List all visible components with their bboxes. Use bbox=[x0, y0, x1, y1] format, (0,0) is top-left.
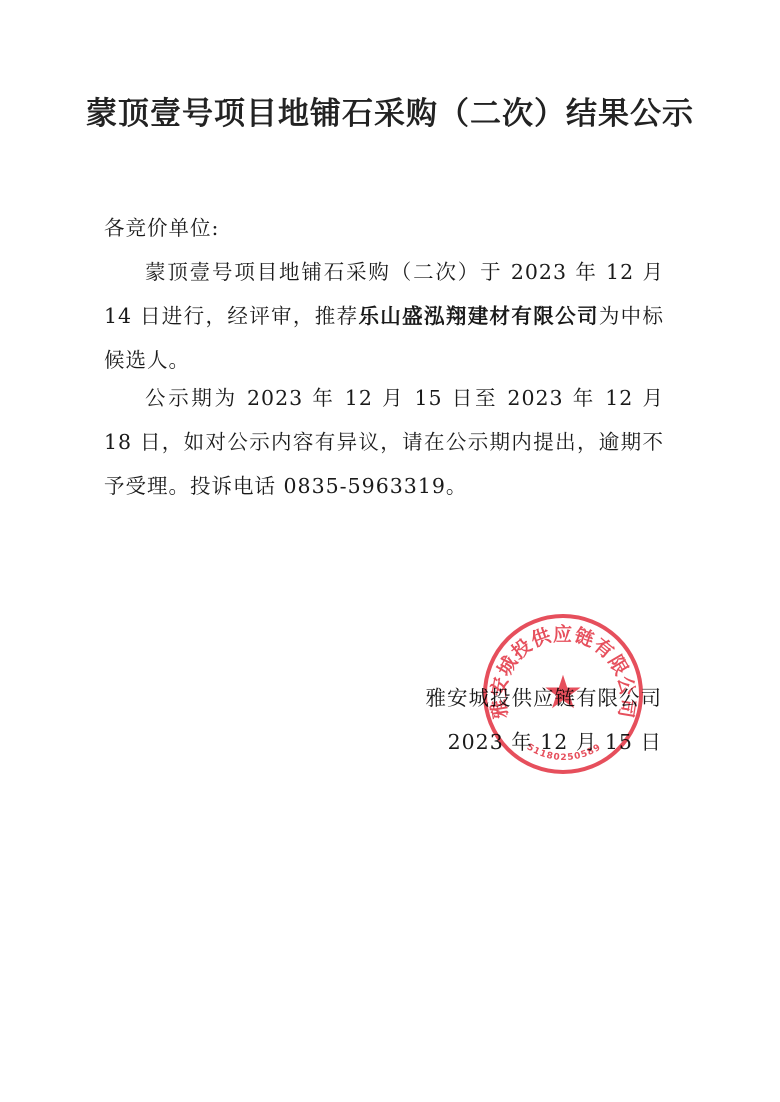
paragraph-result: 蒙顶壹号项目地铺石采购（二次）于 2023 年 12 月 14 日进行，经评审，… bbox=[104, 250, 664, 382]
svg-text:★: ★ bbox=[542, 665, 583, 719]
official-seal-icon: 雅安城投供应链有限公司 ★ 51180250589 bbox=[481, 612, 645, 776]
winning-bidder: 乐山盛泓翔建材有限公司 bbox=[358, 304, 598, 328]
svg-text:51180250589: 51180250589 bbox=[525, 742, 603, 763]
document-title: 蒙顶壹号项目地铺石采购（二次）结果公示 bbox=[0, 88, 780, 133]
salutation: 各竞价单位: bbox=[104, 206, 664, 250]
paragraph-publicity-period: 公示期为 2023 年 12 月 15 日至 2023 年 12 月 18 日，… bbox=[104, 376, 664, 508]
document-page: 蒙顶壹号项目地铺石采购（二次）结果公示 各竞价单位: 蒙顶壹号项目地铺石采购（二… bbox=[0, 0, 780, 1102]
